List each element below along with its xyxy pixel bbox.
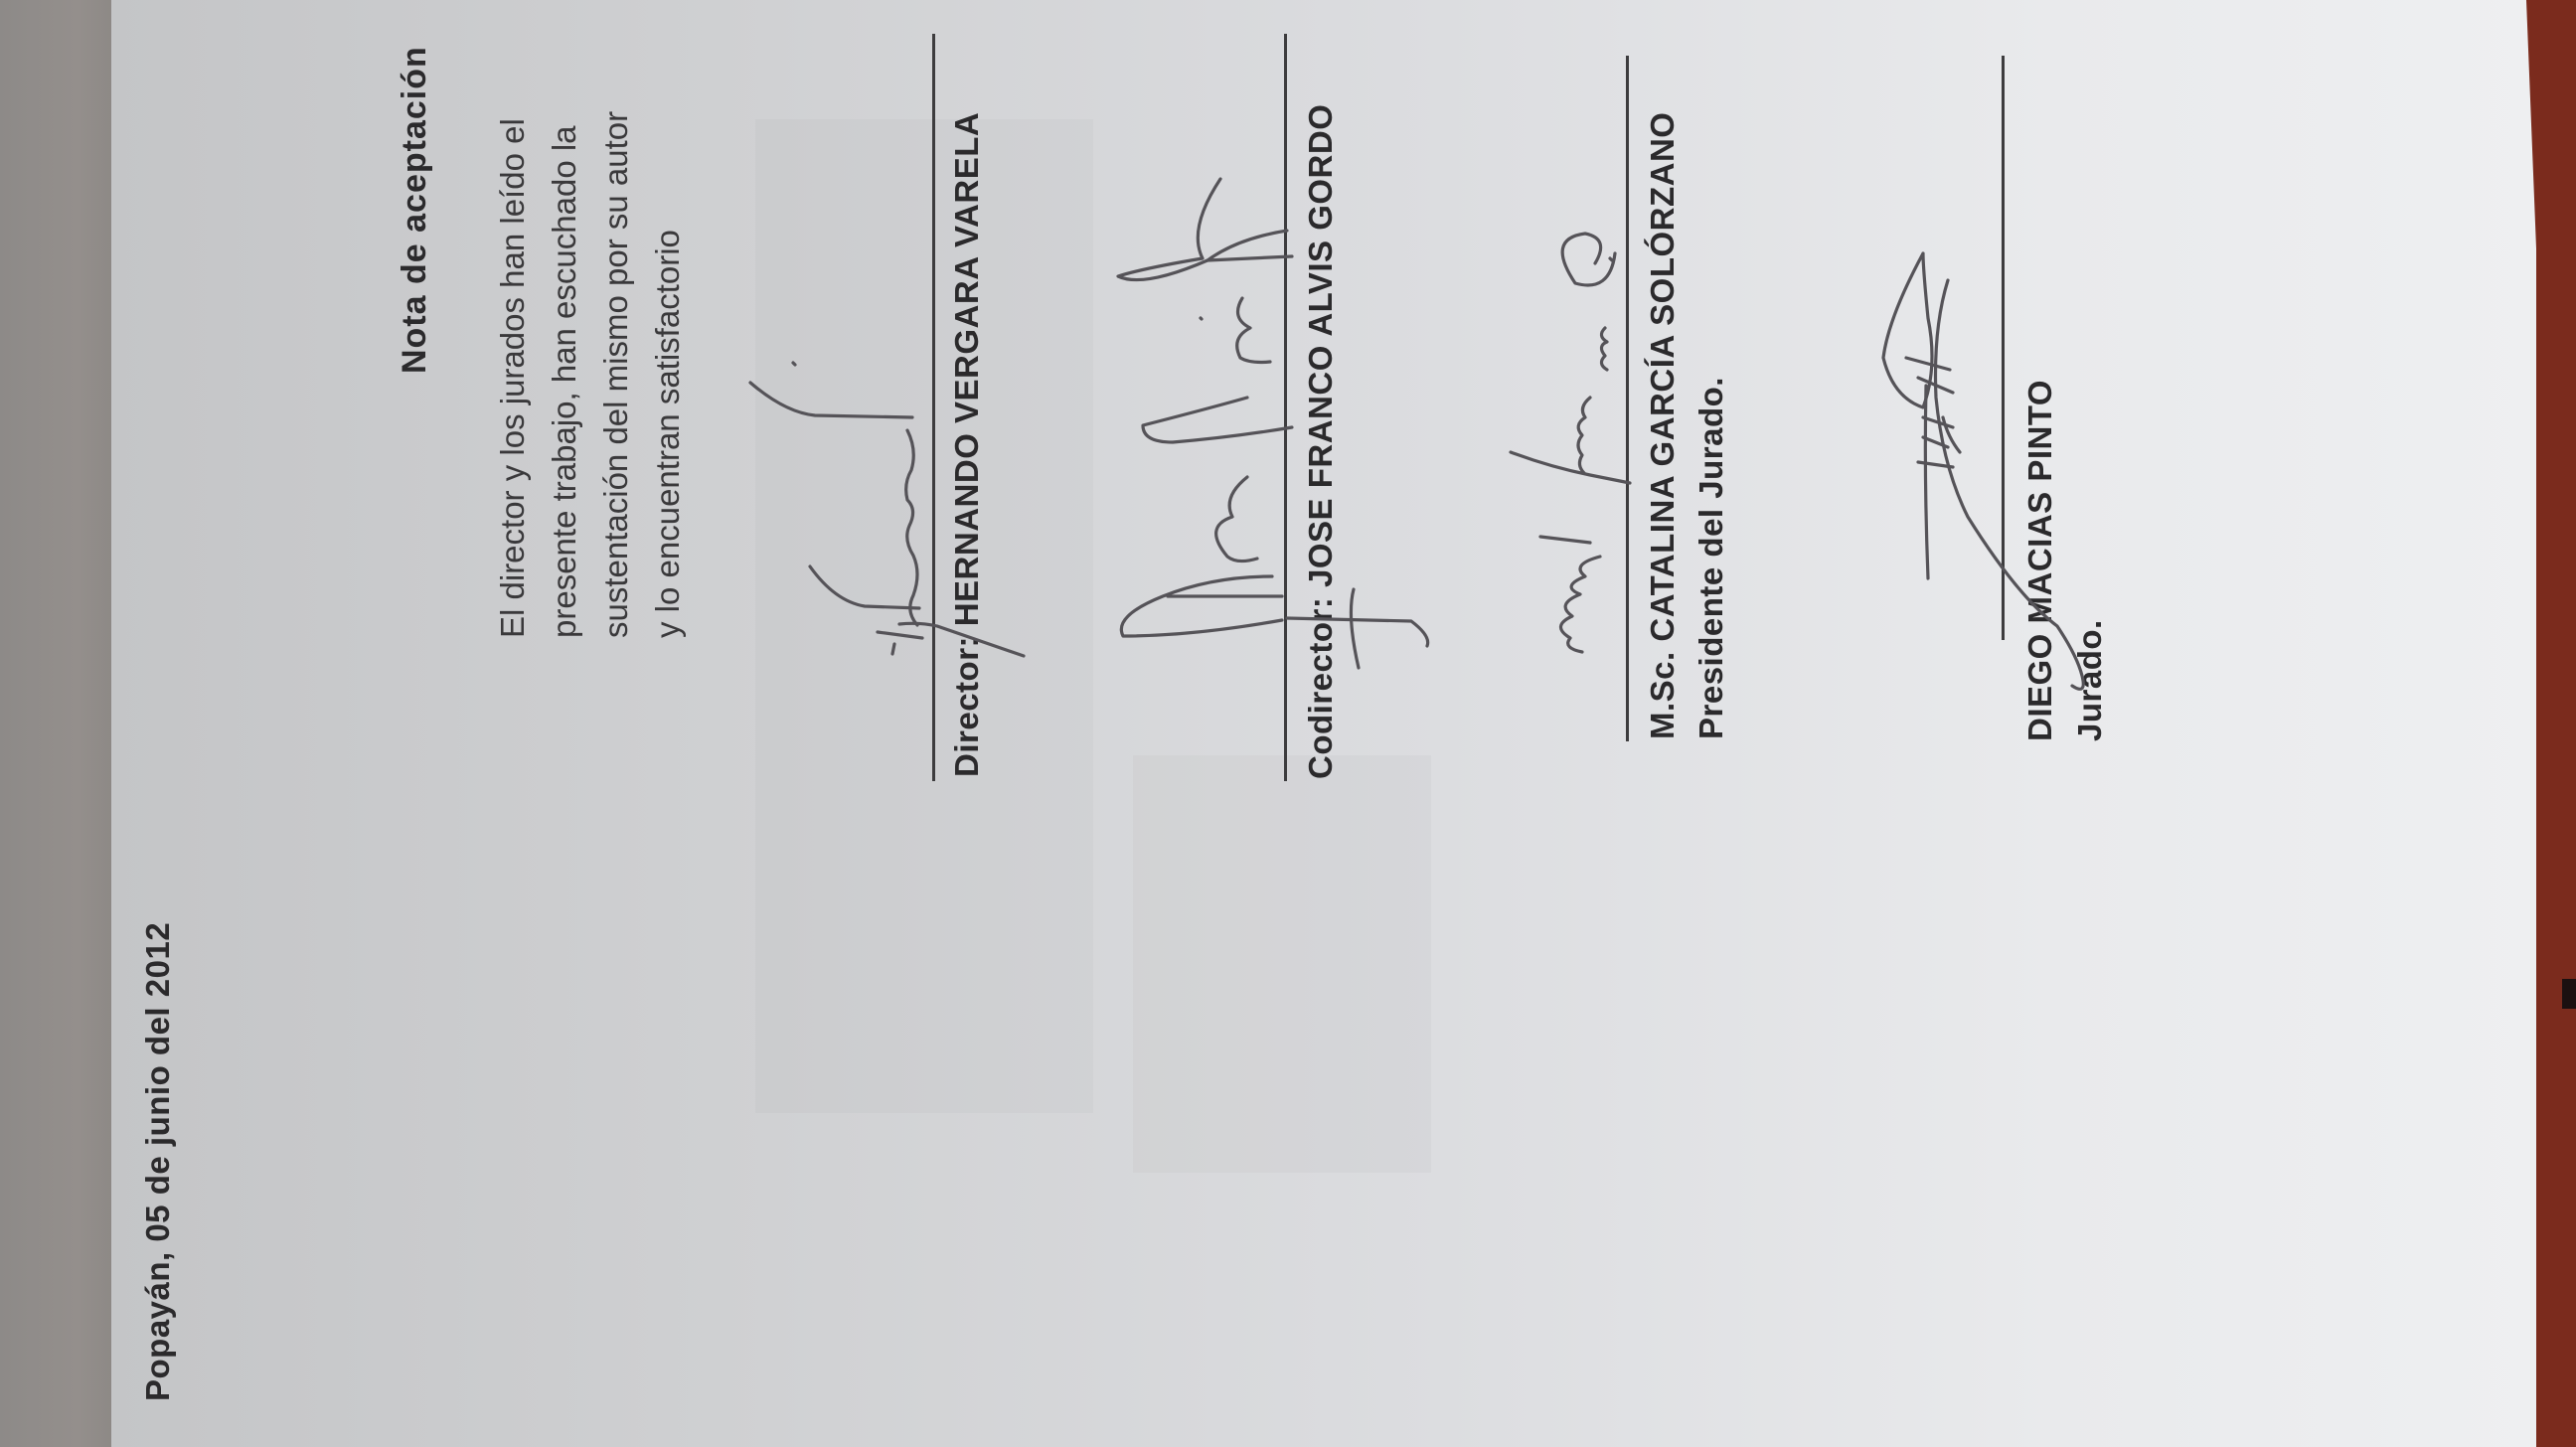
background-surface-left (0, 0, 129, 1447)
juror-name: DIEGO MACIAS PINTO (2021, 380, 2059, 741)
signature-line-president (1626, 56, 1629, 741)
signature-line-director (932, 34, 935, 781)
president-name: M.Sc. CATALINA GARCÍA SOLÓRZANO (1644, 112, 1682, 739)
acceptance-paragraph: El director y los jurados han leído el p… (487, 111, 694, 638)
paragraph-line: y lo encuentran satisfactorio (642, 111, 694, 638)
signature-line-codirector (1284, 34, 1287, 781)
director-name: Director: HERNANDO VERGARA VARELA (948, 112, 986, 777)
show-through (755, 119, 1093, 1113)
president-role: Presidente del Jurado. (1692, 377, 1730, 739)
juror-role: Jurado. (2071, 619, 2109, 741)
place-date: Popayán, 05 de junio del 2012 (139, 922, 177, 1401)
codirector-name: Codirector: JOSE FRANCO ALVIS GORDO (1302, 104, 1340, 779)
show-through (1133, 755, 1431, 1173)
signature-line-juror (2002, 56, 2005, 640)
paragraph-line: sustentación del mismo por su autor (590, 111, 642, 638)
paragraph-line: El director y los jurados han leído el (487, 111, 539, 638)
background-object (2562, 979, 2576, 1009)
page-title: Nota de aceptación (396, 46, 434, 374)
paragraph-line: presente trabajo, han escuchado la (539, 111, 590, 638)
